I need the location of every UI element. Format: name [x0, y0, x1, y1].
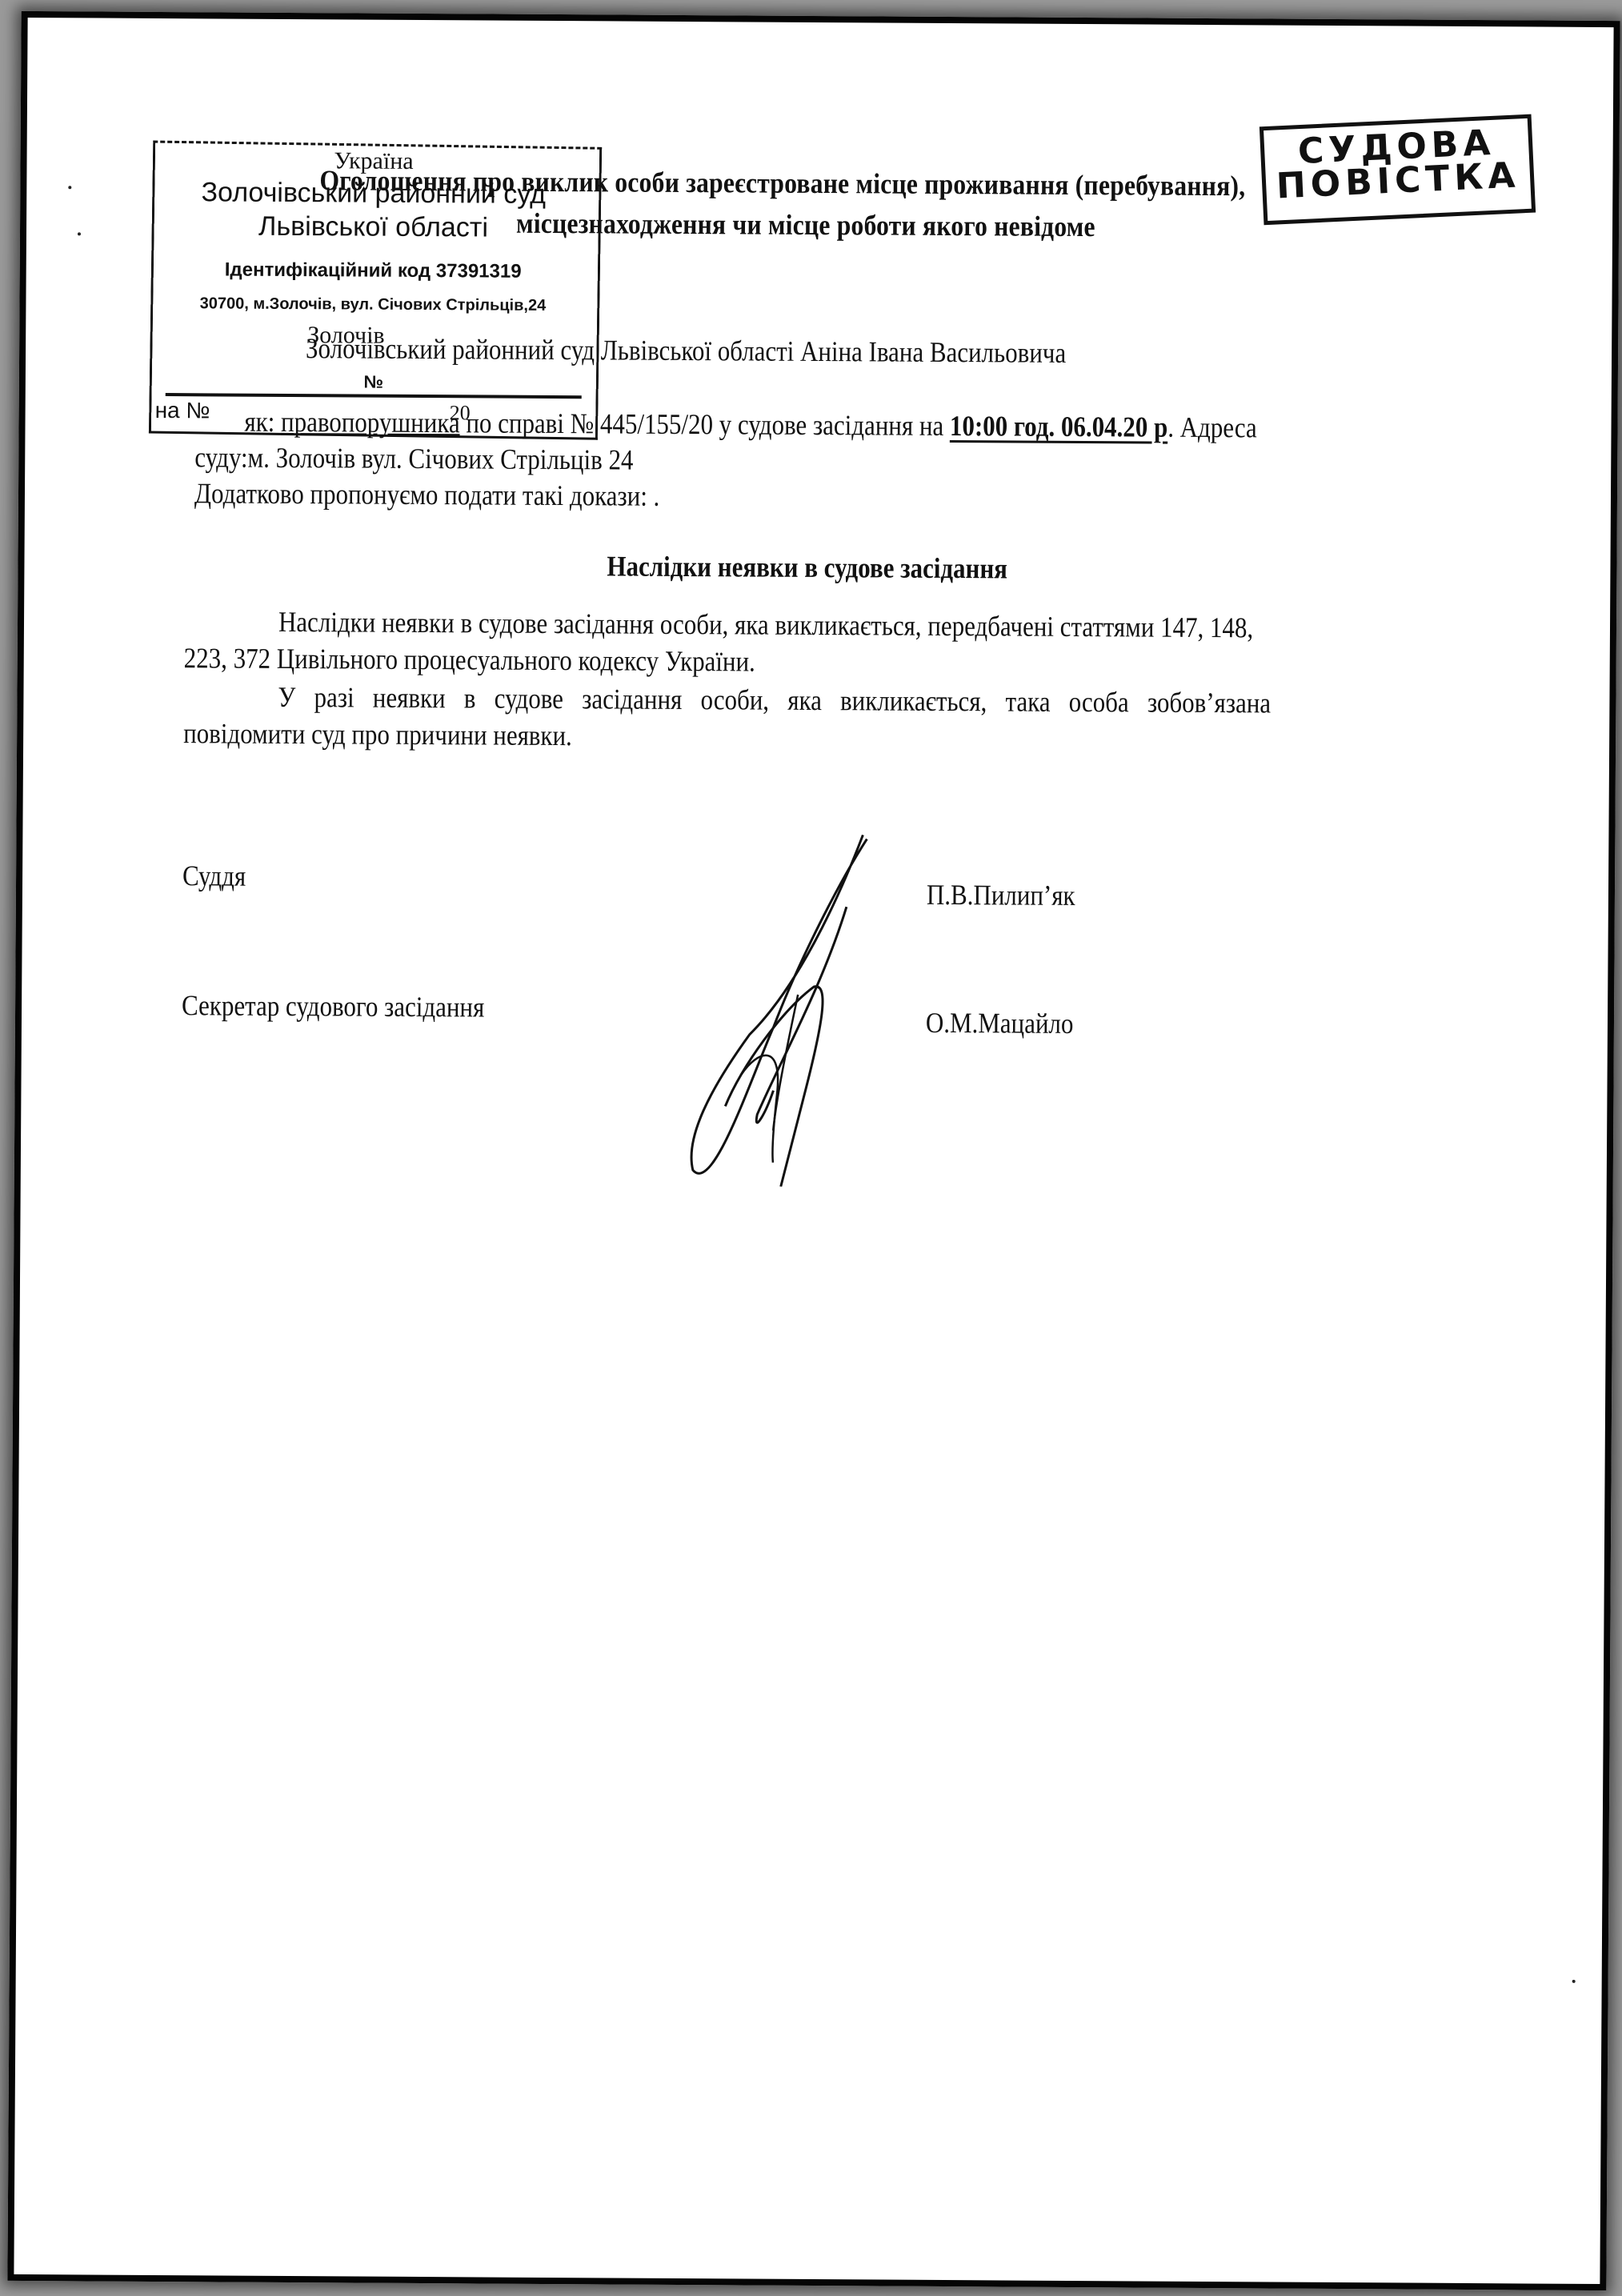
address-suffix: . Адреса — [1167, 411, 1257, 444]
case-text: по справі № 445/155/20 у судове засіданн… — [460, 407, 951, 442]
secretary-name: О.М.Мацайло — [926, 1006, 1074, 1040]
stamp-outgoing-number: № — [166, 371, 582, 399]
judge-name: П.В.Пилип’як — [927, 878, 1075, 912]
evidence-request: Додатково пропонуємо подати такі докази:… — [194, 476, 660, 513]
summoning-court-and-person: Золочівський районний суд Львівської обл… — [306, 331, 1066, 370]
court-summons-stamp: СУДОВА ПОВІСТКА — [1260, 114, 1536, 226]
case-line: як: правопорушника по справі № 445/155/2… — [194, 404, 1256, 444]
court-address: суду:м. Золочів вул. Січових Стрільців 2… — [194, 440, 633, 476]
role-value: правопорушника — [281, 406, 460, 439]
handwritten-signature — [677, 826, 887, 1188]
section-heading: Наслідки неявки в судове засідання — [607, 549, 1007, 585]
stamp-id-code: Ідентифікаційний код 37391319 — [151, 258, 595, 283]
judge-role: Суддя — [182, 859, 246, 892]
document-page: Україна Золочівський районний суд Львівс… — [7, 11, 1620, 2290]
secretary-role: Секретар судового засідання — [182, 988, 484, 1024]
summons-stamp-line2: ПОВІСТКА — [1265, 158, 1531, 204]
hearing-datetime: 10:00 год. 06.04.20 р — [950, 410, 1168, 443]
consequences-paragraph-line2: 223, 372 Цивільного процесуального кодек… — [184, 641, 755, 678]
document-title-line1: Оголошення про виклик особи зареєстрован… — [319, 163, 1245, 202]
document-title-line2: місцезнаходження чи місце роботи якого н… — [516, 206, 1095, 243]
stamp-address: 30700, м.Золочів, вул. Січових Стрільців… — [150, 295, 595, 315]
notification-paragraph-line1: У разі неявки в судове засідання особи, … — [278, 680, 1271, 720]
scan-speck — [1572, 1980, 1576, 1983]
scan-speck — [68, 186, 71, 189]
notification-paragraph-line2: повідомити суд про причини неявки. — [183, 716, 572, 752]
consequences-paragraph-line1: Наслідки неявки в судове засідання особи… — [278, 605, 1253, 644]
stamp-number-label: № — [364, 372, 384, 392]
scan-speck — [78, 232, 81, 235]
role-prefix: як: — [244, 406, 281, 438]
